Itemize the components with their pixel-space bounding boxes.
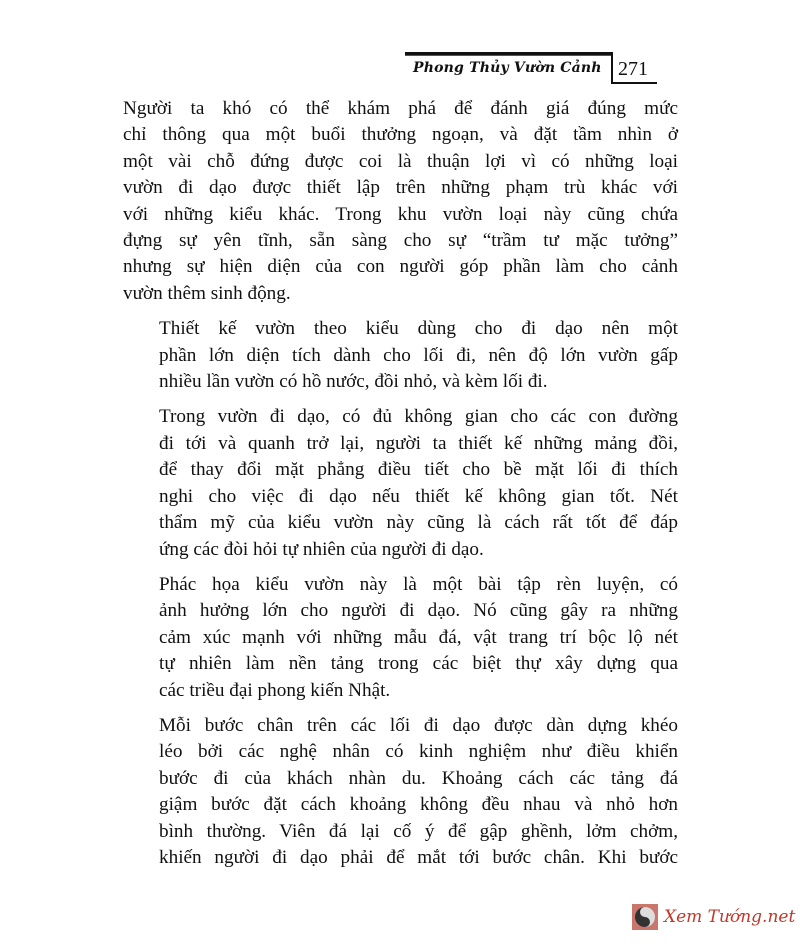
text-line: nhưng sự hiện diện của con người góp phầ… <box>123 254 678 280</box>
paragraph-3: Trong vườn đi dạo, có đủ không gian cho … <box>123 404 678 562</box>
text-line: ứng các đòi hỏi tự nhiên của người đi dạ… <box>123 537 678 563</box>
text-line: nhiều lần vườn có hồ nước, đồi nhỏ, và k… <box>123 369 678 395</box>
text-line: phần lớn diện tích dành cho lối đi, nên … <box>123 343 678 369</box>
running-header: Phong Thủy Vườn Cảnh 271 <box>405 52 650 88</box>
watermark-text: Xem Tướng.net <box>664 907 795 927</box>
watermark-logo <box>632 904 658 930</box>
text-line: Trong vườn đi dạo, có đủ không gian cho … <box>123 404 678 430</box>
text-line: cảm xúc mạnh với những mẫu đá, vật trang… <box>123 625 678 651</box>
text-line: ảnh hưởng lớn cho người đi dạo. Nó cũng … <box>123 598 678 624</box>
text-line: nghi cho việc đi dạo nếu thiết kế không … <box>123 484 678 510</box>
text-line: bước đi của khách nhàn du. Khoảng cách c… <box>123 766 678 792</box>
text-line: tự nhiên làm nền tảng trong các biệt thự… <box>123 651 678 677</box>
text-line: léo bởi các nghệ nhân có kinh nghiệm như… <box>123 739 678 765</box>
header-rule-top <box>405 52 611 56</box>
text-line: một vài chỗ đứng được coi là thuận lợi v… <box>123 149 678 175</box>
yin-yang-icon <box>635 907 655 927</box>
text-line: Thiết kế vườn theo kiểu dùng cho đi dạo … <box>123 316 678 342</box>
text-line: giậm bước đặt cách khoảng không đều nhau… <box>123 792 678 818</box>
text-line: để thay đổi mặt phẳng điều tiết cho bề m… <box>123 457 678 483</box>
text-line: Người ta khó có thể khám phá để đánh giá… <box>123 96 678 122</box>
text-line: Phác họa kiểu vườn này là một bài tập rè… <box>123 572 678 598</box>
watermark: Xem Tướng.net <box>632 900 795 934</box>
running-title: Phong Thủy Vườn Cảnh <box>413 60 602 76</box>
paragraph-4: Phác họa kiểu vườn này là một bài tập rè… <box>123 572 678 704</box>
paragraph-5: Mỗi bước chân trên các lối đi dạo được d… <box>123 713 678 871</box>
page-number: 271 <box>618 58 648 81</box>
text-line: thẩm mỹ của kiểu vườn này cũng là cách r… <box>123 510 678 536</box>
header-rule-vertical <box>611 52 613 84</box>
text-line: đi tới và quanh trở lại, người ta thiết … <box>123 431 678 457</box>
body-text: Người ta khó có thể khám phá để đánh giá… <box>123 96 678 880</box>
paragraph-2: Thiết kế vườn theo kiểu dùng cho đi dạo … <box>123 316 678 395</box>
text-line: với những kiểu khác. Trong khu vườn loại… <box>123 202 678 228</box>
text-line: vườn thêm sinh động. <box>123 281 678 307</box>
header-rule-bottom <box>611 82 657 84</box>
text-line: chỉ thông qua một buổi thưởng ngoạn, và … <box>123 122 678 148</box>
text-line: khiến người đi dạo phải để mắt tới bước … <box>123 845 678 871</box>
text-line: đựng sự yên tĩnh, sẵn sàng cho sự “trầm … <box>123 228 678 254</box>
text-line: các triều đại phong kiến Nhật. <box>123 678 678 704</box>
text-line: vườn đi dạo được thiết lập trên những ph… <box>123 175 678 201</box>
text-line: bình thường. Viên đá lại cố ý để gập ghề… <box>123 819 678 845</box>
text-line: Mỗi bước chân trên các lối đi dạo được d… <box>123 713 678 739</box>
paragraph-1: Người ta khó có thể khám phá để đánh giá… <box>123 96 678 307</box>
